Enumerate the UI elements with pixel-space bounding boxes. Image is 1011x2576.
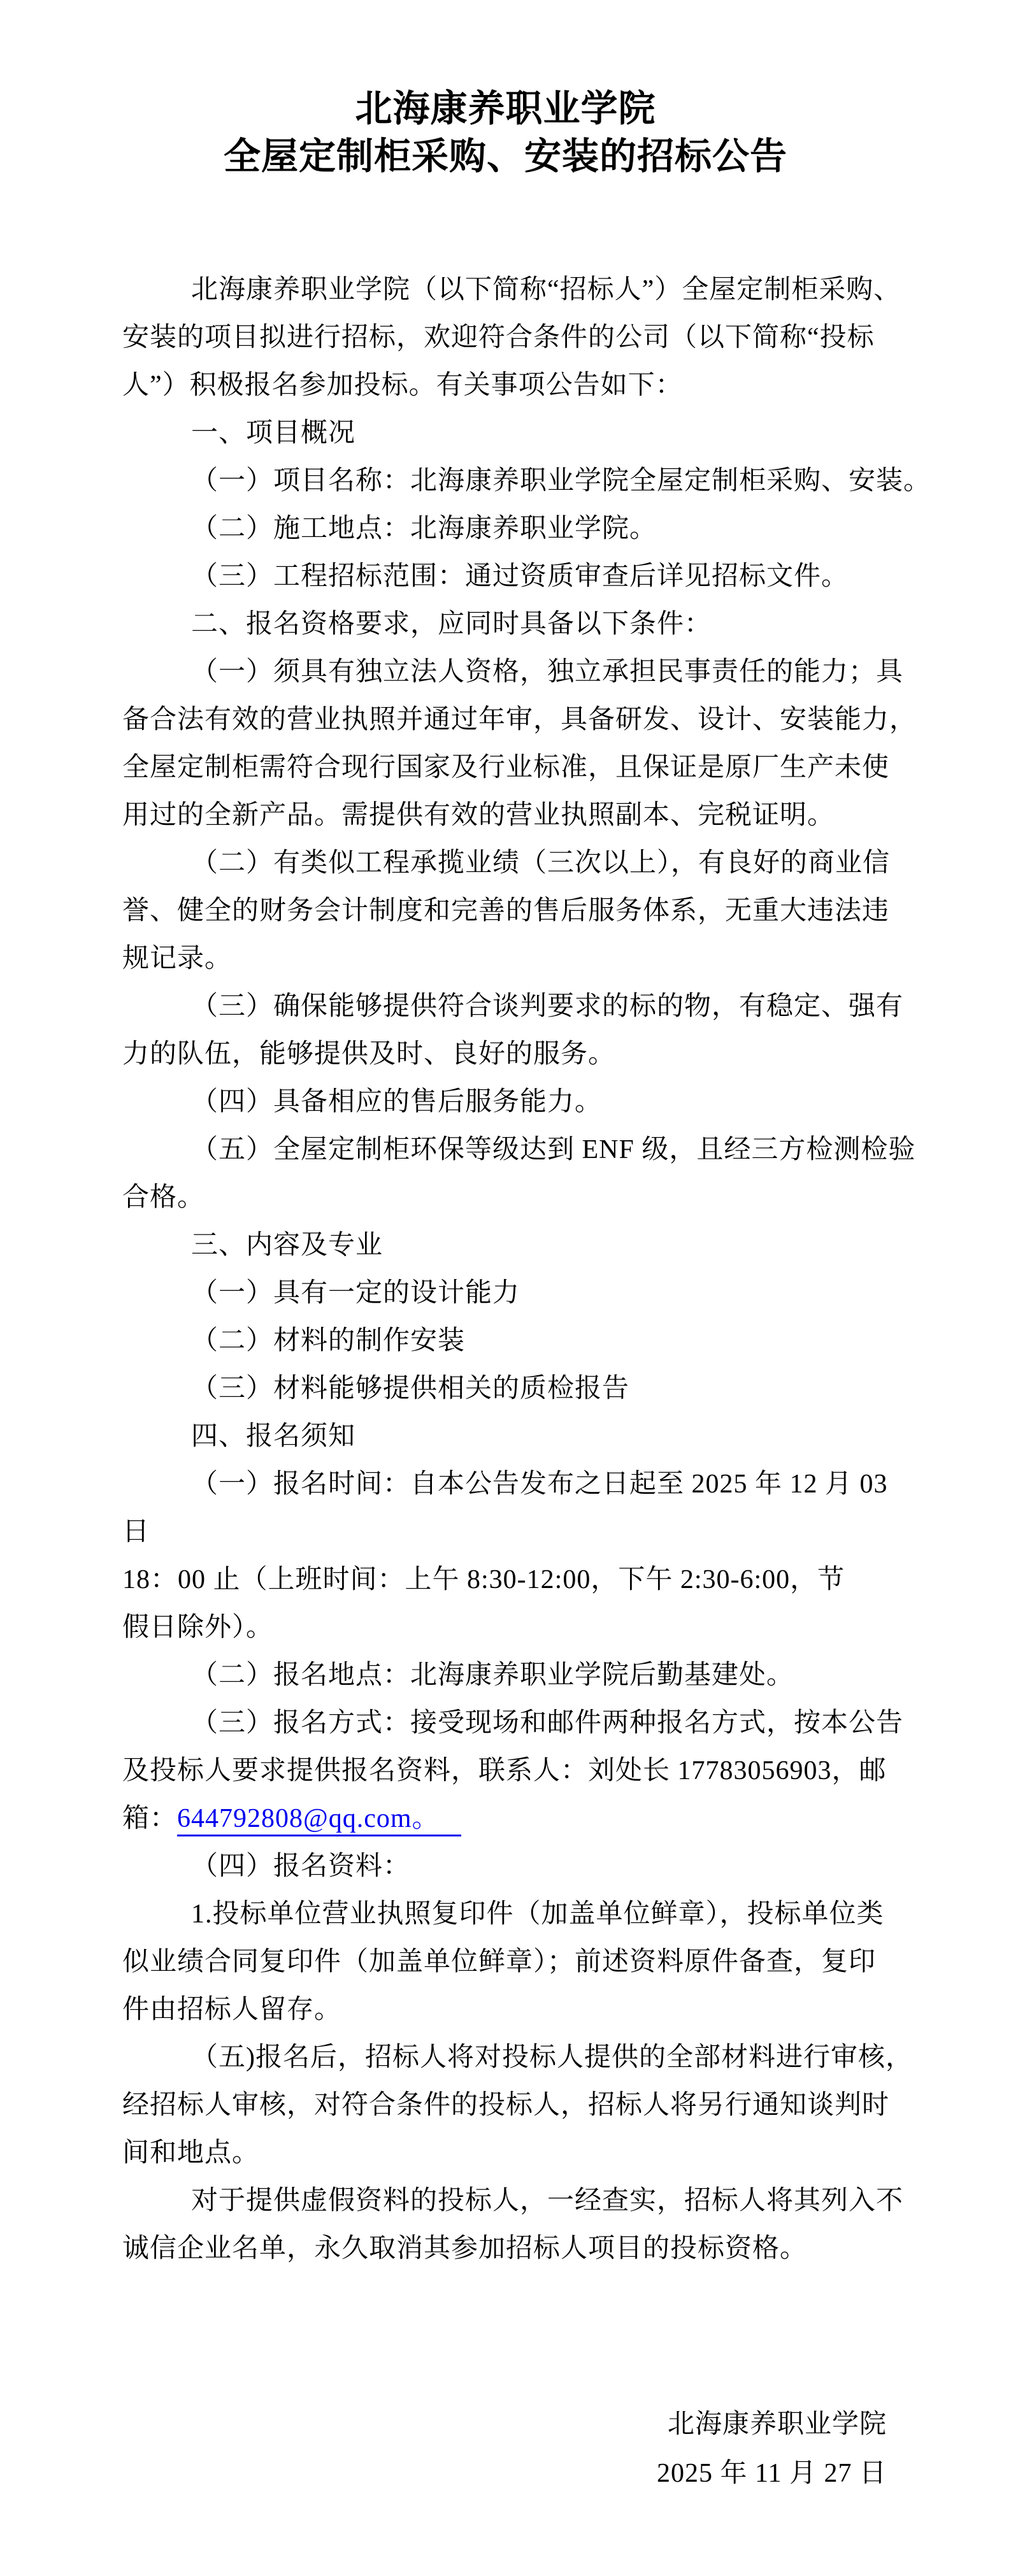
document-page: 北海康养职业学院 全屋定制柜采购、安装的招标公告 北海康养职业学院（以下简称“招…	[0, 0, 1011, 2576]
body-line: 对于提供虚假资料的投标人，一经查实，招标人将其列入不	[122, 2177, 915, 2225]
body-line: 一、项目概况	[122, 410, 915, 457]
body-line: （三）材料能够提供相关的质检报告	[122, 1365, 915, 1413]
body-line: 二、报名资格要求，应同时具备以下条件：	[122, 601, 915, 648]
body-line: 箱：644792808@qq.com。	[122, 1795, 915, 1843]
body-line: 诚信企业名单，永久取消其参加招标人项目的投标资格。	[122, 2225, 915, 2273]
body-line: （一）须具有独立法人资格，独立承担民事责任的能力；具	[122, 648, 915, 696]
body-line: 间和地点。	[122, 2129, 915, 2177]
document-title-line1: 北海康养职业学院	[0, 85, 1011, 132]
email-label: 箱：	[122, 1804, 177, 1833]
body-line: （一）具有一定的设计能力	[122, 1270, 915, 1317]
body-line: 假日除外）。	[122, 1604, 915, 1652]
document-footer: 北海康养职业学院 2025 年 11 月 27 日	[0, 2400, 1011, 2498]
body-line: （二）材料的制作安装	[122, 1317, 915, 1365]
body-line: 日	[122, 1508, 915, 1556]
body-line: 北海康养职业学院（以下简称“招标人”）全屋定制柜采购、	[122, 266, 915, 314]
body-line: 誉、健全的财务会计制度和完善的售后服务体系，无重大违法违	[122, 887, 915, 935]
body-line: （三）确保能够提供符合谈判要求的标的物，有稳定、强有	[122, 983, 915, 1031]
body-line: （三）工程招标范围：通过资质审查后详见招标文件。	[122, 553, 915, 601]
footer-organization: 北海康养职业学院	[0, 2400, 887, 2449]
body-line: （四）报名资料：	[122, 1843, 915, 1891]
document-title: 北海康养职业学院 全屋定制柜采购、安装的招标公告	[0, 0, 1011, 180]
body-line: 1.投标单位营业执照复印件（加盖单位鲜章），投标单位类	[122, 1891, 915, 1938]
body-line: 件由招标人留存。	[122, 1986, 915, 2034]
body-line: （五）全屋定制柜环保等级达到 ENF 级，且经三方检测检验	[122, 1126, 915, 1174]
body-line: 似业绩合同复印件（加盖单位鲜章）；前述资料原件备查，复印	[122, 1938, 915, 1986]
body-line: 安装的项目拟进行招标，欢迎符合条件的公司（以下简称“投标	[122, 314, 915, 362]
body-line: 及投标人要求提供报名资料，联系人：刘处长 17783056903，邮	[122, 1747, 915, 1795]
body-line: 三、内容及专业	[122, 1222, 915, 1270]
body-line: （二）施工地点：北海康养职业学院。	[122, 505, 915, 553]
document-title-line2: 全屋定制柜采购、安装的招标公告	[0, 132, 1011, 180]
body-line: （四）具备相应的售后服务能力。	[122, 1078, 915, 1126]
email-link[interactable]: 644792808@qq.com。	[177, 1803, 461, 1836]
body-line: 合格。	[122, 1174, 915, 1222]
body-line: （二）有类似工程承揽业绩（三次以上），有良好的商业信	[122, 840, 915, 887]
body-line: （一）项目名称：北海康养职业学院全屋定制柜采购、安装。	[122, 457, 915, 505]
body-line: 18：00 止（上班时间：上午 8:30-12:00，下午 2:30-6:00，…	[122, 1556, 915, 1604]
body-line: 经招标人审核，对符合条件的投标人，招标人将另行通知谈判时	[122, 2082, 915, 2129]
body-line: （二）报名地点：北海康养职业学院后勤基建处。	[122, 1652, 915, 1699]
body-line: 备合法有效的营业执照并通过年审，具备研发、设计、安装能力，	[122, 696, 915, 744]
body-line: 规记录。	[122, 935, 915, 983]
footer-date: 2025 年 11 月 27 日	[0, 2449, 887, 2498]
body-line: 全屋定制柜需符合现行国家及行业标准，且保证是原厂生产未使	[122, 744, 915, 792]
body-line: （三）报名方式：接受现场和邮件两种报名方式，按本公告	[122, 1699, 915, 1747]
body-line: 人”）积极报名参加投标。有关事项公告如下：	[122, 362, 915, 410]
body-line: （一）报名时间：自本公告发布之日起至 2025 年 12 月 03	[122, 1461, 915, 1508]
body-line: 力的队伍，能够提供及时、良好的服务。	[122, 1031, 915, 1078]
document-body: 北海康养职业学院（以下简称“招标人”）全屋定制柜采购、安装的项目拟进行招标，欢迎…	[122, 266, 915, 2273]
body-line: （五)报名后，招标人将对投标人提供的全部材料进行审核，	[122, 2034, 915, 2082]
body-line: 用过的全新产品。需提供有效的营业执照副本、完税证明。	[122, 792, 915, 840]
body-line: 四、报名须知	[122, 1413, 915, 1461]
